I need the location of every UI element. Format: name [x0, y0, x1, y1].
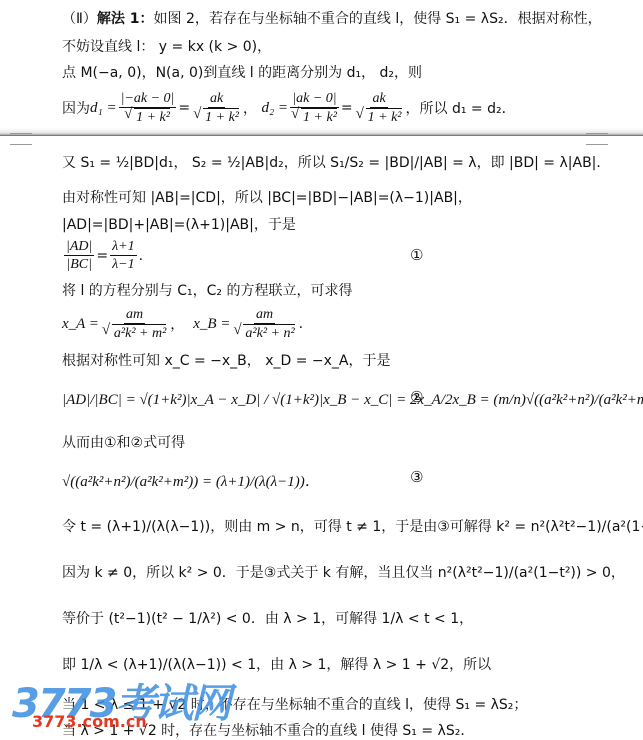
- margin-mark-left: [10, 133, 32, 145]
- fraction-d2-simplified: ak1 + k²: [355, 90, 404, 126]
- area-relation: 又 S₁ = ½|BD|d₁， S₂ = ½|AB|d₂，所以 S₁/S₂ = …: [62, 152, 610, 172]
- combine-line: 从而由①和②式可得: [62, 432, 185, 452]
- xa-xb-equation: x_A = ama²k² + m² ， x_B = ama²k² + n² .: [62, 306, 303, 342]
- part-label: （Ⅱ）: [62, 8, 97, 28]
- heading-text: 如图 2，若存在与坐标轴不重合的直线 l，使得 S₁ = λS₂．根据对称性，: [154, 8, 602, 28]
- solution-heading: （Ⅱ） 解法 1： 如图 2，若存在与坐标轴不重合的直线 l，使得 S₁ = λ…: [62, 8, 602, 28]
- fraction-d1-simplified: ak1 + k²: [192, 90, 241, 126]
- equation-tag-1: ①: [410, 246, 423, 264]
- watermark-url: 3773.com.cn: [32, 712, 147, 731]
- d2-label: d₂ =: [261, 100, 288, 117]
- fraction-d2: |ak − 0|1 + k²: [290, 90, 339, 126]
- text-because: 因为: [62, 98, 90, 118]
- symmetry-line: 由对称性可知 |AB|=|CD|，所以 |BC|=|BD|−|AB|=(λ−1)…: [62, 187, 472, 207]
- distance-equation: 因为 d₁ = |−ak − 0|1 + k² = ak1 + k² ， d₂ …: [62, 90, 516, 126]
- equation-1: |AD||BC| = λ+1λ−1 .: [62, 238, 143, 273]
- d1-label: d₁ =: [90, 100, 117, 117]
- conclusion-text: ，所以 d₁ = d₂．: [406, 98, 516, 118]
- substitute-line: 将 l 的方程分别与 C₁，C₂ 的方程联立，可求得: [62, 280, 352, 300]
- fraction-d1: |−ak − 0|1 + k²: [119, 90, 177, 126]
- equivalent-line: 等价于 (t²−1)(t² − 1/λ²) < 0．由 λ > 1，可解得 1/…: [62, 608, 473, 628]
- lambda-solve-line: 即 1/λ < (λ+1)/(λ(λ−1)) < 1，由 λ > 1，解得 λ …: [62, 654, 491, 674]
- assume-line: 不妨设直线 l： y = kx (k > 0)，: [62, 36, 271, 56]
- method-label: 解法 1：: [97, 8, 154, 28]
- k-condition-line: 因为 k ≠ 0，所以 k² > 0．于是③式关于 k 有解，当且仅当 n²(λ…: [62, 562, 625, 582]
- equation-2: |AD|/|BC| = √(1+k²)|x_A − x_D| / √(1+k²)…: [62, 388, 643, 409]
- distance-line: 点 M(−a, 0)，N(a, 0)到直线 l 的距离分别为 d₁， d₂，则: [62, 62, 422, 82]
- ad-line: |AD|=|BD|+|AB|=(λ+1)|AB|，于是: [62, 214, 296, 234]
- margin-mark-right: [586, 133, 608, 145]
- symmetry-xc-xd: 根据对称性可知 x_C = −x_B， x_D = −x_A，于是: [62, 350, 391, 370]
- equation-tag-3: ③: [410, 468, 423, 486]
- let-t-line: 令 t = (λ+1)/(λ(λ−1))，则由 m > n，可得 t ≠ 1，于…: [62, 516, 643, 536]
- page-break-line: [0, 135, 643, 136]
- equation-3: √((a²k²+n²)/(a²k²+m²)) = (λ+1)/(λ(λ−1))．: [62, 470, 320, 491]
- equation-tag-2: ②: [410, 388, 423, 406]
